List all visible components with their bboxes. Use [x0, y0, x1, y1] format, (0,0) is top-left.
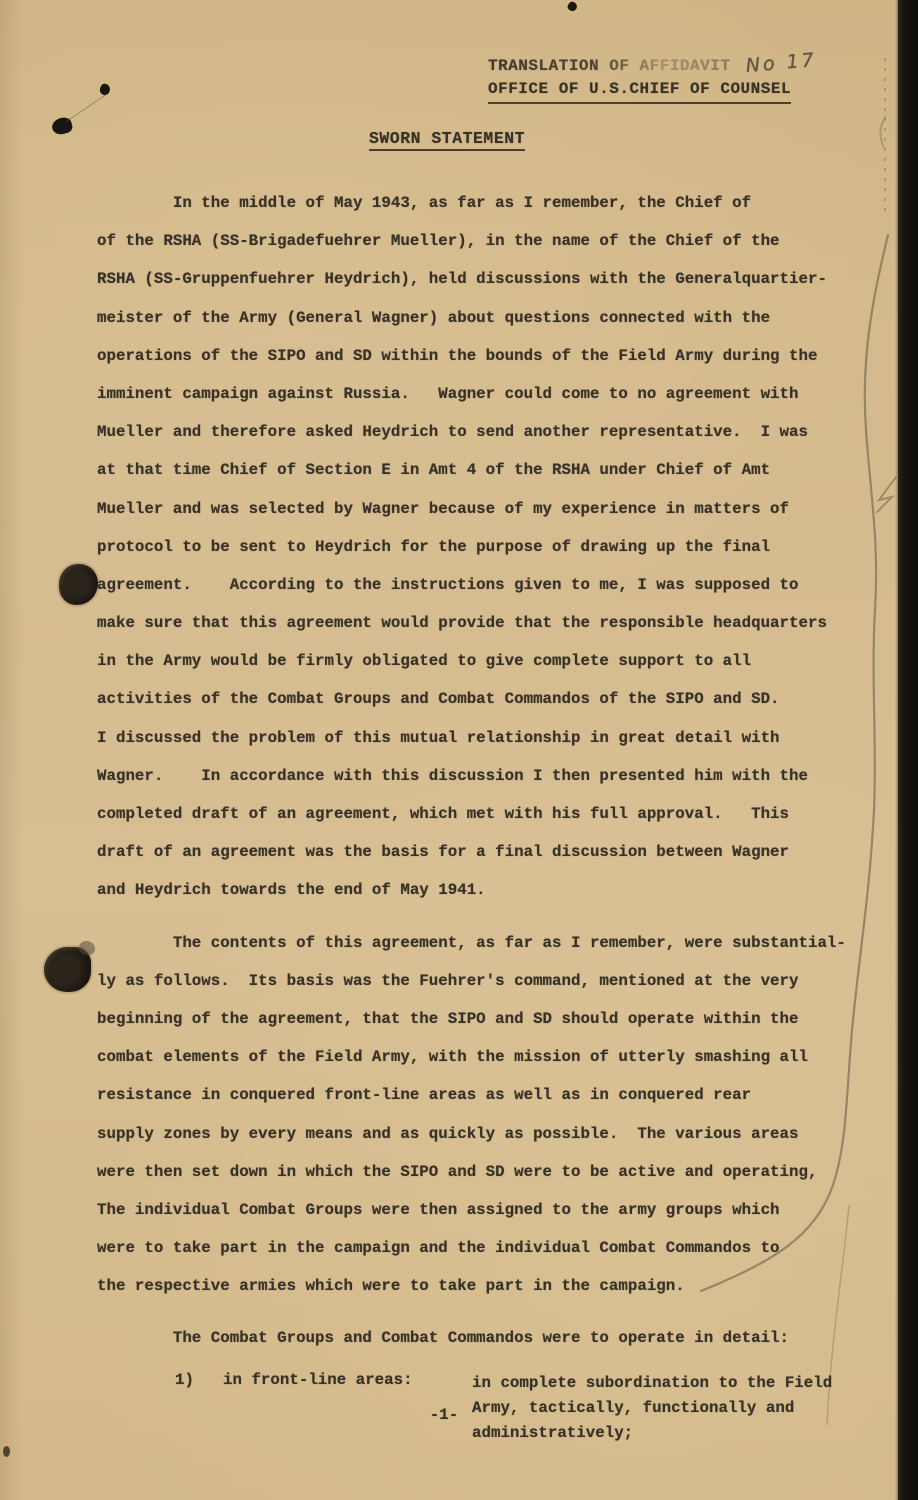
typed-line: combat elements of the Field Army, with …	[97, 1038, 857, 1076]
typed-line: were to take part in the campaign and th…	[97, 1229, 857, 1267]
document-header: TRANSLATION OF AFFIDAVIT No 17 OFFICE OF…	[488, 55, 818, 104]
typed-line: make sure that this agreement would prov…	[97, 604, 857, 642]
typed-line: Mueller and was selected by Wagner becau…	[97, 490, 857, 528]
scratch-mark	[66, 93, 108, 122]
scan-edge-strip	[898, 0, 918, 1500]
handwritten-affidavit-number: No 17	[745, 49, 818, 78]
typed-line: draft of an agreement was the basis for …	[97, 833, 857, 871]
typed-line: and Heydrich towards the end of May 1941…	[97, 871, 857, 909]
list-item-number: 1)	[175, 1371, 194, 1389]
typed-line: The individual Combat Groups were then a…	[97, 1191, 857, 1229]
typed-line: RSHA (SS-Gruppenfuehrer Heydrich), held …	[97, 260, 857, 298]
typed-line: The contents of this agreement, as far a…	[97, 924, 857, 962]
hole-punch-bottom	[44, 947, 91, 992]
typed-line: administratively;	[472, 1421, 832, 1446]
typed-line: In the middle of May 1943, as far as I r…	[97, 184, 857, 222]
typed-line: completed draft of an agreement, which m…	[97, 795, 857, 833]
hole-punch-top	[59, 564, 98, 605]
paragraph: In the middle of May 1943, as far as I r…	[97, 184, 857, 910]
typed-line: the respective armies which were to take…	[97, 1267, 857, 1305]
typed-line: imminent campaign against Russia. Wagner…	[97, 375, 857, 413]
typed-line: were then set down in which the SIPO and…	[97, 1153, 857, 1191]
typed-line: The Combat Groups and Combat Commandos w…	[97, 1319, 857, 1357]
typed-line: beginning of the agreement, that the SIP…	[97, 1000, 857, 1038]
typed-line: in the Army would be firmly obligated to…	[97, 642, 857, 680]
typed-line: agreement. According to the instructions…	[97, 566, 857, 604]
typed-line: activities of the Combat Groups and Comb…	[97, 680, 857, 718]
office-of-counsel-line: OFFICE OF U.S.CHIEF OF COUNSEL	[488, 78, 791, 104]
sworn-statement-title: SWORN STATEMENT	[369, 129, 525, 151]
typed-line: protocol to be sent to Heydrich for the …	[97, 528, 857, 566]
typed-line: ly as follows. Its basis was the Fuehrer…	[97, 962, 857, 1000]
statement-body: In the middle of May 1943, as far as I r…	[97, 184, 857, 1461]
paren-pencil-mark	[880, 116, 886, 148]
scanned-document-page: TRANSLATION OF AFFIDAVIT No 17 OFFICE OF…	[0, 0, 918, 1500]
list-item-label: in front-line areas:	[223, 1371, 413, 1389]
typed-line: resistance in conquered front-line areas…	[97, 1076, 857, 1114]
ink-speck	[3, 1446, 10, 1457]
ink-speck	[566, 0, 578, 12]
typed-line: I discussed the problem of this mutual r…	[97, 719, 857, 757]
typed-line: in complete subordination to the Field	[472, 1371, 832, 1396]
typed-line: operations of the SIPO and SD within the…	[97, 337, 857, 375]
check-pencil-mark	[877, 477, 896, 512]
translation-of-affidavit-line: TRANSLATION OF AFFIDAVIT	[488, 55, 730, 78]
typed-line: meister of the Army (General Wagner) abo…	[97, 299, 857, 337]
paragraph: The Combat Groups and Combat Commandos w…	[97, 1319, 857, 1357]
typed-line: supply zones by every means and as quick…	[97, 1115, 857, 1153]
typed-line: at that time Chief of Section E in Amt 4…	[97, 451, 857, 489]
page-number: -1-	[0, 1406, 888, 1424]
typed-line: of the RSHA (SS-Brigadefuehrer Mueller),…	[97, 222, 857, 260]
paragraph: The contents of this agreement, as far a…	[97, 924, 857, 1306]
typed-line: Mueller and therefore asked Heydrich to …	[97, 413, 857, 451]
typed-line: Wagner. In accordance with this discussi…	[97, 757, 857, 795]
